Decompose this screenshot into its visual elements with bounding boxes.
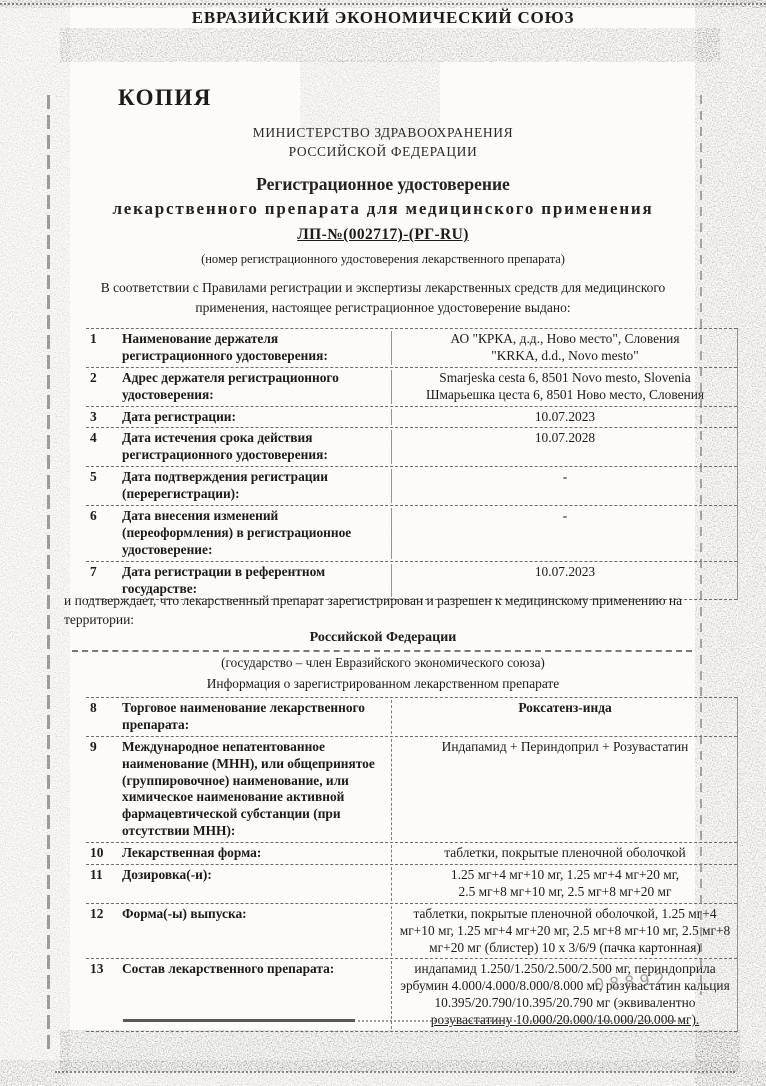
underlined-value-part: розувастатину 10.000/20.000/10.000/20.00… (431, 1012, 700, 1027)
territory-separator-line (72, 650, 692, 652)
copy-label: КОПИЯ (118, 85, 212, 111)
row-number: 6 (86, 508, 122, 559)
row-value: индапамид 1.250/1.250/2.500/2.500 мг, пе… (391, 961, 738, 1029)
territory-caption: (государство – член Евразийского экономи… (0, 655, 766, 671)
row-value: таблетки, покрытые пленочной оболочкой (391, 845, 738, 862)
row-value: Smarjeska cesta 6, 8501 Novo mesto, Slov… (391, 370, 738, 404)
ministry-line2: РОССИЙСКОЙ ФЕДЕРАЦИИ (0, 143, 766, 162)
row-label: Дата истечения срока действия регистраци… (122, 430, 391, 464)
row-value: Роксатенз-инда (391, 700, 738, 734)
row-label: Международное непатентованное наименован… (122, 739, 391, 840)
table-row: 2 Адрес держателя регистрационного удост… (86, 367, 737, 406)
table-row: 10 Лекарственная форма: таблетки, покрыт… (86, 842, 737, 864)
registration-number-caption: (номер регистрационного удостоверения ле… (0, 252, 766, 267)
holder-and-dates-table: 1 Наименование держателя регистрационног… (86, 328, 738, 600)
table-row: 1 Наименование держателя регистрационног… (86, 328, 737, 367)
row-label: Наименование держателя регистрационного … (122, 331, 391, 365)
table-row: 13 Состав лекарственного препарата: инда… (86, 958, 737, 1032)
row-number: 11 (86, 867, 122, 901)
row-label: Дозировка(-и): (122, 867, 391, 901)
ministry-heading: МИНИСТЕРСТВО ЗДРАВООХРАНЕНИЯ РОССИЙСКОЙ … (0, 124, 766, 162)
table-row: 4 Дата истечения срока действия регистра… (86, 427, 737, 466)
row-number: 5 (86, 469, 122, 503)
row-number: 10 (86, 845, 122, 862)
ministry-line1: МИНИСТЕРСТВО ЗДРАВООХРАНЕНИЯ (0, 124, 766, 143)
row-label: Торговое наименование лекарственного пре… (122, 700, 391, 734)
row-number: 2 (86, 370, 122, 404)
certificate-page: ЕВРАЗИЙСКИЙ ЭКОНОМИЧЕСКИЙ СОЮЗ КОПИЯ МИН… (0, 0, 766, 1086)
row-value: таблетки, покрытые пленочной оболочкой, … (391, 906, 738, 957)
row-value: АО "КРКА, д.д., Ново место", Словения "K… (391, 331, 738, 365)
registration-number: ЛП-№(002717)-(РГ-RU) (0, 226, 766, 244)
row-number: 12 (86, 906, 122, 957)
table-row: 11 Дозировка(-и): 1.25 мг+4 мг+10 мг, 1.… (86, 864, 737, 903)
document-title-line1: Регистрационное удостоверение (0, 172, 766, 197)
row-number: 9 (86, 739, 122, 840)
table-row: 12 Форма(-ы) выпуска: таблетки, покрытые… (86, 903, 737, 959)
row-value: 10.07.2023 (391, 409, 738, 426)
row-label: Адрес держателя регистрационного удостов… (122, 370, 391, 404)
row-value: - (391, 469, 738, 503)
document-title: Регистрационное удостоверение лекарствен… (0, 172, 766, 222)
row-label: Форма(-ы) выпуска: (122, 906, 391, 957)
row-number: 1 (86, 331, 122, 365)
row-label: Дата подтверждения регистрации (перереги… (122, 469, 391, 503)
top-edge-dotted-line (0, 3, 766, 5)
row-value: - (391, 508, 738, 559)
row-number: 8 (86, 700, 122, 734)
intro-paragraph: В соответствии с Правилами регистрации и… (83, 278, 683, 319)
table-row: 8 Торговое наименование лекарственного п… (86, 697, 737, 736)
row-value: Индапамид + Периндоприл + Розувастатин (391, 739, 738, 840)
row-value: 10.07.2028 (391, 430, 738, 464)
table-row: 5 Дата подтверждения регистрации (перере… (86, 466, 737, 505)
row-value: 1.25 мг+4 мг+10 мг, 1.25 мг+4 мг+20 мг, … (391, 867, 738, 901)
row-label: Дата внесения изменений (переоформления)… (122, 508, 391, 559)
row-number: 13 (86, 961, 122, 1029)
row-label: Состав лекарственного препарата: (122, 961, 391, 1029)
row-number: 3 (86, 409, 122, 426)
row-label: Дата регистрации: (122, 409, 391, 426)
row-number: 4 (86, 430, 122, 464)
table-row: 3 Дата регистрации: 10.07.2023 (86, 406, 737, 428)
product-info-heading: Информация о зарегистрированном лекарств… (0, 676, 766, 692)
row-label: Лекарственная форма: (122, 845, 391, 862)
table-row: 9 Международное непатентованное наименов… (86, 736, 737, 842)
bottom-edge-dotted-line (55, 1071, 735, 1073)
document-title-line2: лекарственного препарата для медицинског… (0, 197, 766, 222)
territory-name: Российской Федерации (0, 630, 766, 646)
confirmation-paragraph: и подтверждает, что лекарственный препар… (64, 592, 740, 630)
union-header-title: ЕВРАЗИЙСКИЙ ЭКОНОМИЧЕСКИЙ СОЮЗ (0, 8, 766, 28)
table-row: 6 Дата внесения изменений (переоформлени… (86, 505, 737, 561)
